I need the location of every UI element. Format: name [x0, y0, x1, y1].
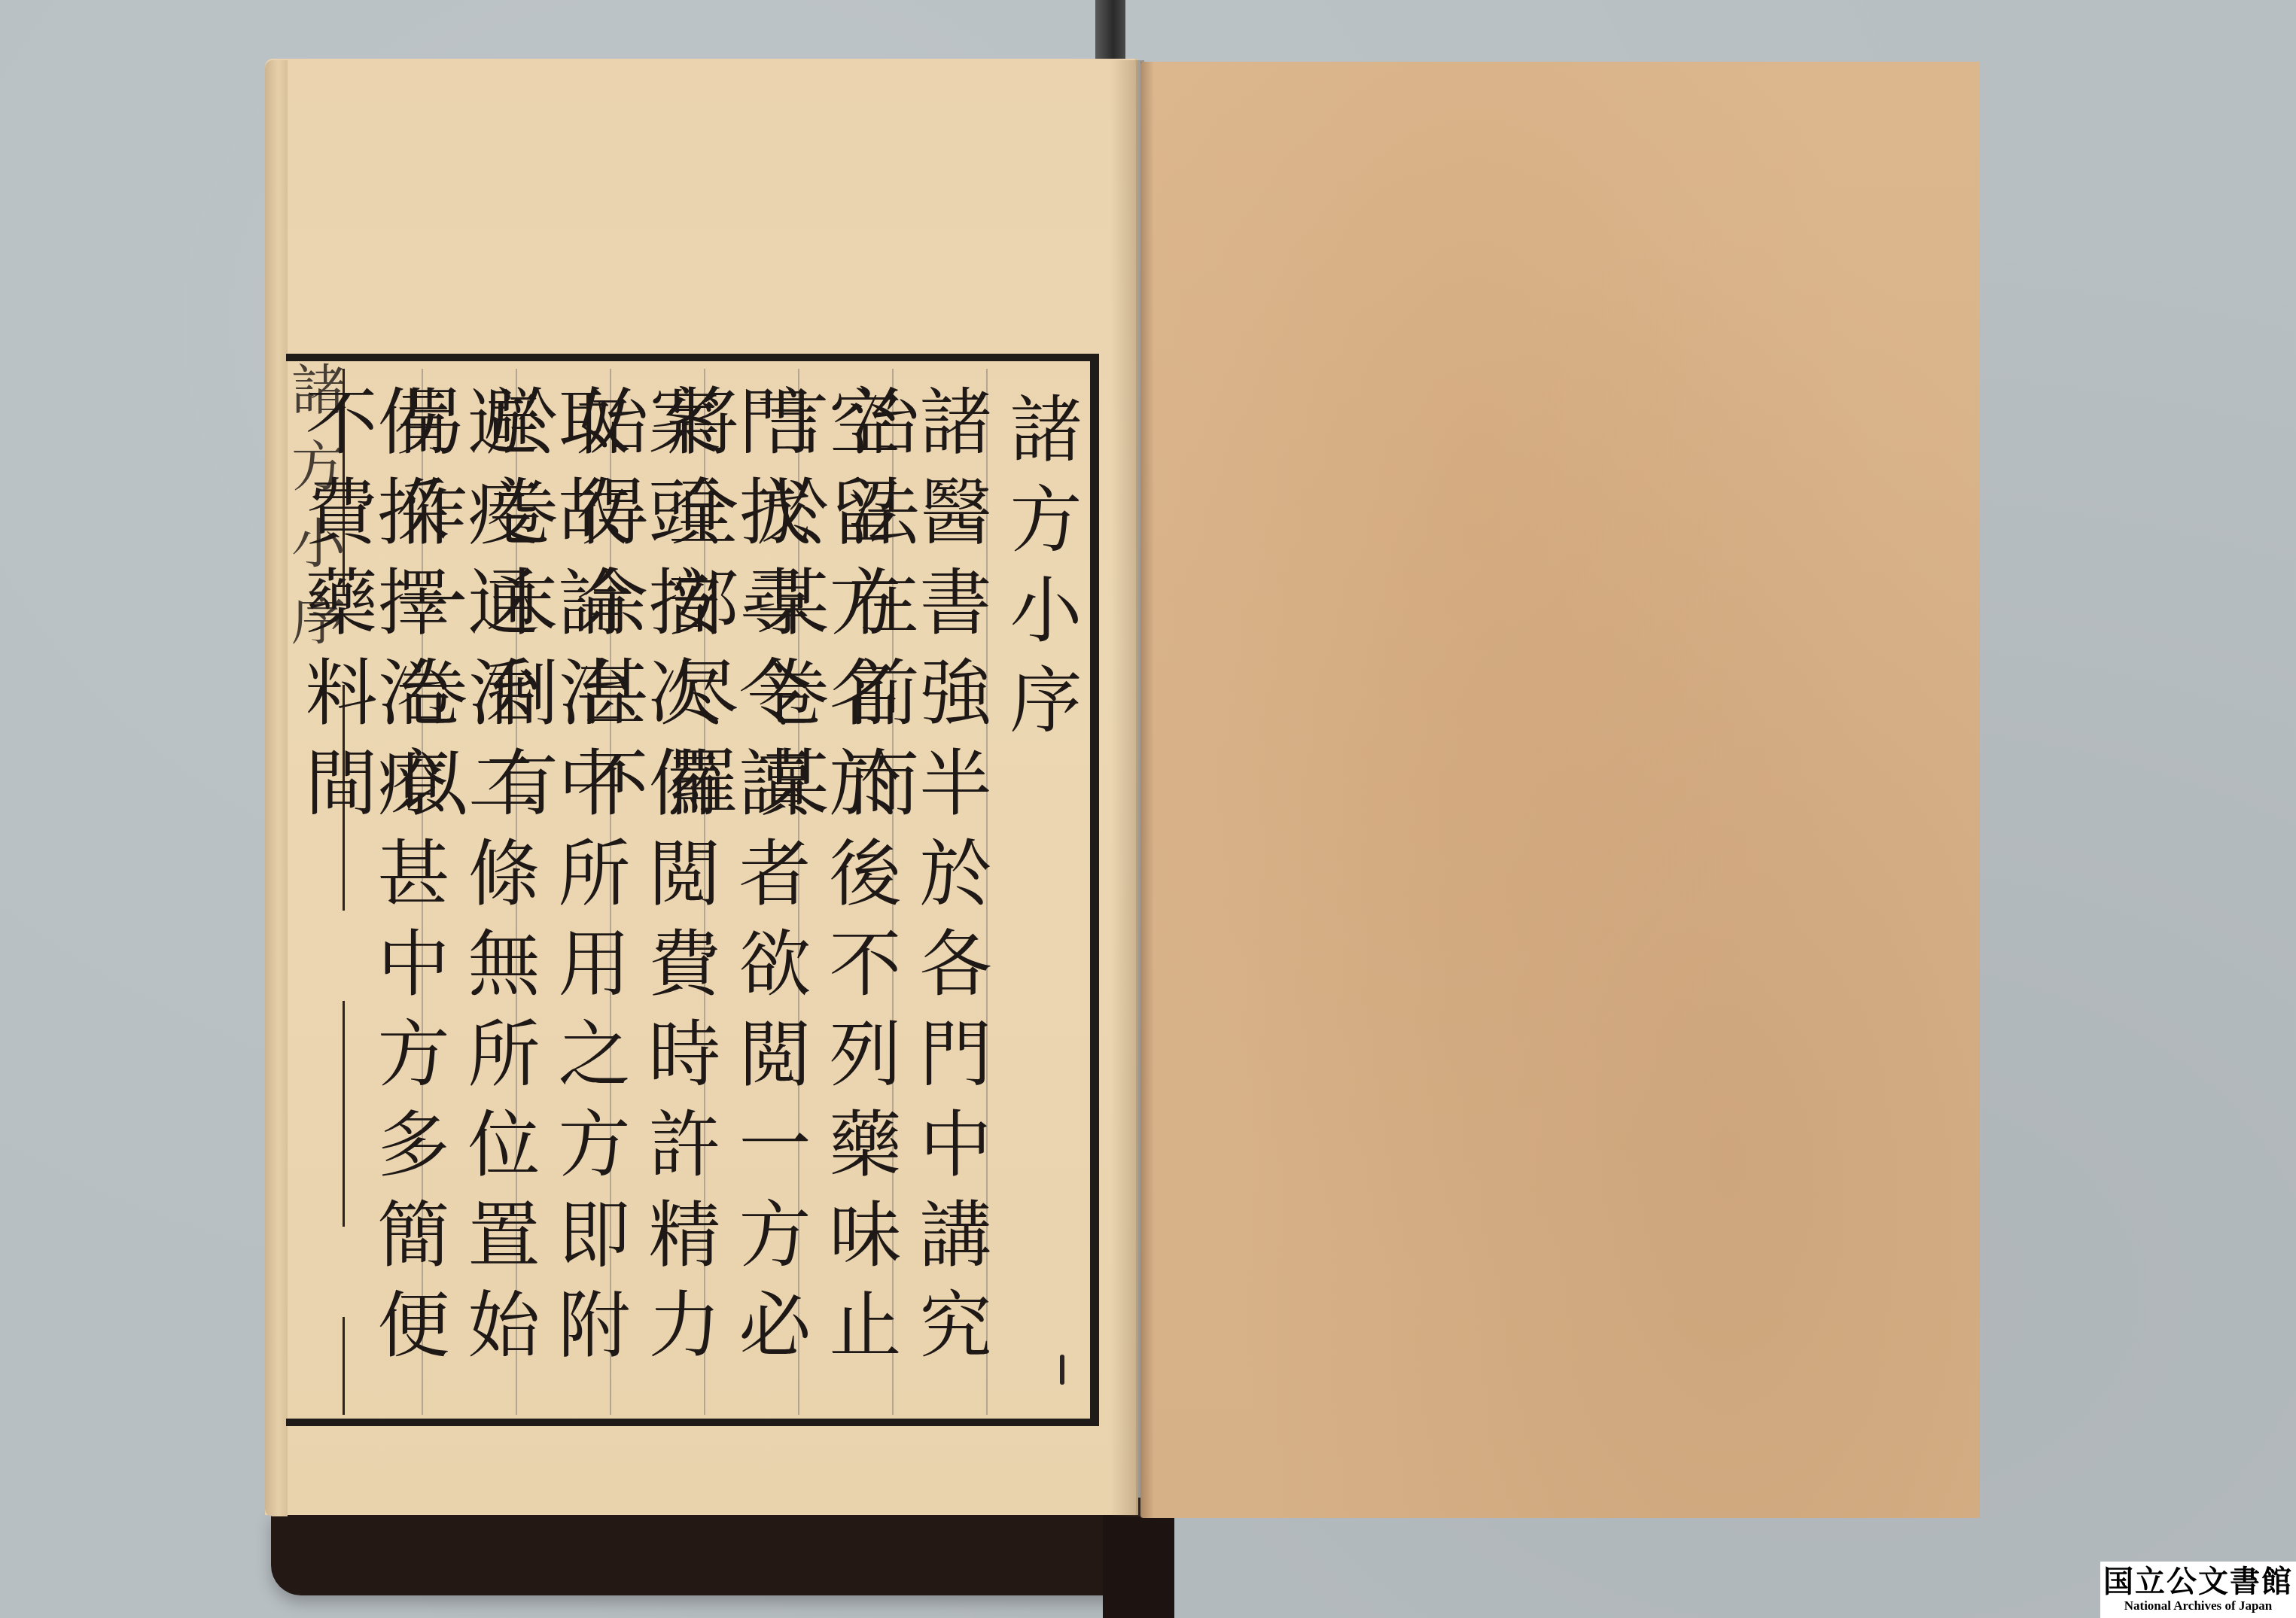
- right-page-fold: [1140, 62, 1154, 1518]
- book-cover-bottom: [271, 1513, 1144, 1595]
- text-columns: 諸方小序 諸醫書強半於各門中講究治法在前而 空留方名於後不列藥味止言於某卷某 門…: [346, 369, 1099, 1415]
- watermark-english: National Archives of Japan: [2124, 1599, 2273, 1613]
- archive-watermark: 国立公文書館 National Archives of Japan: [2100, 1562, 2296, 1618]
- book-cover-top: [1095, 0, 1125, 68]
- watermark-japanese: 国立公文書館: [2103, 1567, 2293, 1597]
- page-mark: [1060, 1355, 1064, 1385]
- spine-shadow: [1110, 60, 1144, 1516]
- text-column: 諸醫書強半於各門中講究治法在前而: [903, 369, 986, 1415]
- left-page-fore-edge: [265, 60, 288, 1516]
- column-title: 諸方小序: [994, 369, 1076, 1415]
- right-page-blank: [1140, 62, 1980, 1518]
